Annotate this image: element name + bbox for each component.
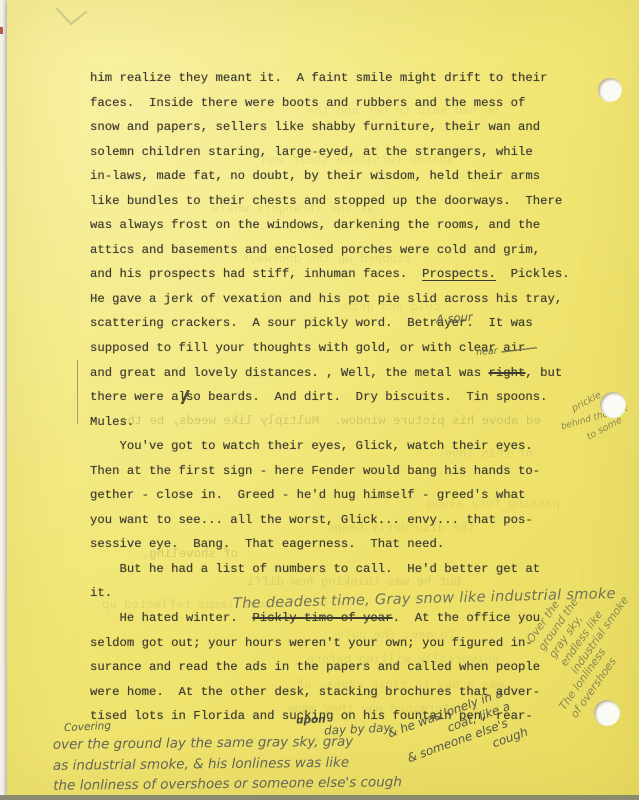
typed-segment: sessive eye. Bang. That eagerness. That … xyxy=(90,537,444,551)
typed-line: and his prospects had stiff, inhuman fac… xyxy=(90,262,582,287)
typed-line: like bundles to their chests and stopped… xyxy=(90,189,582,214)
typed-segment: him realize they meant it. A faint smile… xyxy=(90,71,548,85)
typed-line: You've got to watch their eyes, Glick, w… xyxy=(90,434,582,459)
typed-segment: beards. And dirt. Dry biscuits. Tin spoo… xyxy=(201,390,548,404)
typed-line: there were also beards. And dirt. Dry bi… xyxy=(90,385,582,410)
typed-segment: supposed to fill your thoughts with gold… xyxy=(90,341,525,355)
typed-segment: . At the office you xyxy=(393,611,541,625)
typed-segment: Mules. xyxy=(90,415,134,429)
typed-segment: gether - close in. Greed - he'd hug hims… xyxy=(90,488,525,502)
margin-vertical-line xyxy=(77,360,78,424)
scanned-page-background: he had said to her and theshabby furnitu… xyxy=(0,0,639,800)
typed-line: and great and lovely distances. , Well, … xyxy=(90,361,582,386)
typed-line: faces. Inside there were boots and rubbe… xyxy=(90,91,582,116)
typed-segment: surance and read the ads in the papers a… xyxy=(90,660,540,674)
annotation-bottom-line: the lonliness of overshoes or someone el… xyxy=(53,772,402,796)
hole-punch xyxy=(594,700,620,726)
typed-segment: , but xyxy=(525,366,562,380)
typed-segment: you want to see... all the worst, Glick.… xyxy=(90,513,533,527)
typed-segment: faces. Inside there were boots and rubbe… xyxy=(90,96,525,110)
typed-line: was always frost on the windows, darkeni… xyxy=(90,213,582,238)
red-edge-mark xyxy=(0,27,3,34)
typed-line: snow and papers, sellers like shabby fur… xyxy=(90,115,582,140)
typed-segment: was always frost on the windows, darkeni… xyxy=(90,218,540,232)
typed-line: gether - close in. Greed - he'd hug hims… xyxy=(90,483,582,508)
annotation-upon: upon xyxy=(296,713,326,726)
typed-line: He hated winter. Pickly time of year. At… xyxy=(90,606,582,631)
typed-segment: attics and basements and enclosed porche… xyxy=(90,243,540,257)
typed-segment: there were xyxy=(90,390,171,404)
typed-segment: and great and lovely distances. , Well, … xyxy=(90,366,488,380)
typed-line: in-laws, made fat, no doubt, by their wi… xyxy=(90,164,582,189)
annotation-bottom-block: over the ground lay the same gray sky, g… xyxy=(53,731,402,796)
typed-segment: But he had a list of numbers to call. He… xyxy=(90,562,540,576)
annotation-near-word: near xyxy=(476,346,498,358)
typed-line: But he had a list of numbers to call. He… xyxy=(90,557,582,582)
typed-line: Then at the first sign - here Fender wou… xyxy=(90,459,582,484)
typed-segment-s: right xyxy=(488,366,525,380)
typed-line: He gave a jerk of vexation and his pot p… xyxy=(90,287,582,312)
typed-line: him realize they meant it. A faint smile… xyxy=(90,66,582,91)
typed-segment-u: Prospects. xyxy=(422,267,496,281)
typed-segment: Then at the first sign - here Fender wou… xyxy=(90,464,540,478)
typed-line: seldom got out; your hours weren't your … xyxy=(90,631,582,656)
typed-segment: seldom got out; your hours weren't your … xyxy=(90,636,533,650)
typed-segment: it. xyxy=(90,586,112,600)
typed-line: surance and read the ads in the papers a… xyxy=(90,655,582,680)
hole-punch xyxy=(600,392,626,418)
typed-segment: Pickles. xyxy=(496,267,570,281)
typed-segment-s: Pickly time of year xyxy=(252,611,392,625)
typed-line: scattering crackers. A sour pickly word.… xyxy=(90,311,582,336)
annotation-covering: Covering xyxy=(64,720,112,734)
typed-segment: solemn children staring, large-eyed, at … xyxy=(90,145,533,159)
typed-line: Mules. xyxy=(90,410,582,435)
scratched-out-word xyxy=(500,343,536,355)
typed-segment: He hated winter. xyxy=(90,611,252,625)
hole-punch xyxy=(598,78,622,102)
typed-line: you want to see... all the worst, Glick.… xyxy=(90,508,582,533)
annotation-a-sour: A sour xyxy=(436,310,473,327)
typed-segment: snow and papers, sellers like shabby fur… xyxy=(90,120,540,134)
typed-segment: He gave a jerk of vexation and his pot p… xyxy=(90,292,562,306)
annotation-bottom-line: over the ground lay the same gray sky, g… xyxy=(53,731,402,755)
typed-line: sessive eye. Bang. That eagerness. That … xyxy=(90,532,582,557)
page-bottom-edge xyxy=(0,795,639,800)
check-mark xyxy=(55,6,89,36)
typed-line: solemn children staring, large-eyed, at … xyxy=(90,140,582,165)
typed-segment: and his prospects had stiff, inhuman fac… xyxy=(90,267,422,281)
typed-text-block: him realize they meant it. A faint smile… xyxy=(90,66,582,729)
typed-segment: in-laws, made fat, no doubt, by their wi… xyxy=(90,169,540,183)
typed-segment-x: also xyxy=(171,390,201,404)
typed-line: attics and basements and enclosed porche… xyxy=(90,238,582,263)
manuscript-page: he had said to her and theshabby furnitu… xyxy=(7,0,639,796)
typed-segment: You've got to watch their eyes, Glick, w… xyxy=(90,439,533,453)
typed-segment: like bundles to their chests and stopped… xyxy=(90,194,562,208)
